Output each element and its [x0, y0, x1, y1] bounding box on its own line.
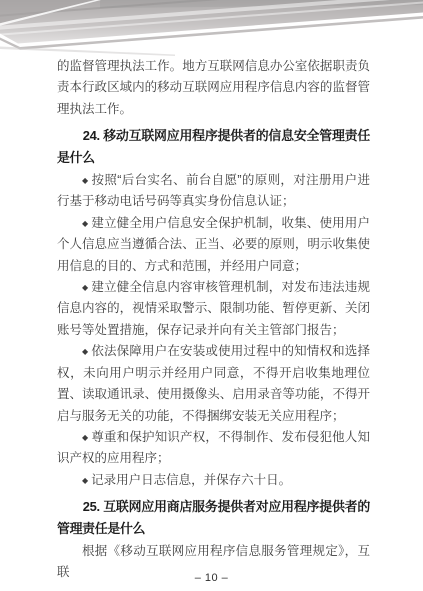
- diamond-bullet-icon: ◆: [82, 176, 89, 185]
- bullet-text: 建立健全信息内容审核管理机制，对发布违法违规信息内容的，视情采取警示、限制功能、…: [57, 280, 370, 337]
- bullet-text: 依法保障用户在安装或使用过程中的知情权和选择权，未向用户明示并经用户同意，不得开…: [57, 344, 370, 422]
- section-heading: 24. 移动互联网应用程序提供者的信息安全管理责任是什么: [57, 125, 370, 168]
- document-page: 的监督管理执法工作。地方互联网信息办公室依据职责负责本行政区域内的移动互联网应用…: [0, 0, 423, 591]
- page-number: – 10 –: [0, 572, 423, 584]
- bullet-text: 尊重和保护知识产权，不得制作、发布侵犯他人知识产权的应用程序；: [57, 430, 370, 465]
- bullet-item: ◆建立健全用户信息安全保护机制，收集、使用用户个人信息应当遵循合法、正当、必要的…: [57, 213, 370, 277]
- bullet-item: ◆依法保障用户在安装或使用过程中的知情权和选择权，未向用户明示并经用户同意，不得…: [57, 341, 370, 427]
- bullet-text: 记录用户日志信息，并保存六十日。: [91, 473, 291, 487]
- bullet-text: 按照“后台实名、前台自愿”的原则，对注册用户进行基于移动电话号码等真实身份信息认…: [57, 173, 370, 208]
- header-swoosh-graphic: [0, 0, 423, 58]
- diamond-bullet-icon: ◆: [82, 283, 88, 292]
- paragraph: 的监督管理执法工作。地方互联网信息办公室依据职责负责本行政区域内的移动互联网应用…: [57, 56, 370, 120]
- header-decoration: [0, 0, 423, 58]
- bullet-text: 建立健全用户信息安全保护机制，收集、使用用户个人信息应当遵循合法、正当、必要的原…: [57, 216, 370, 273]
- bullet-item: ◆按照“后台实名、前台自愿”的原则，对注册用户进行基于移动电话号码等真实身份信息…: [57, 170, 370, 213]
- diamond-bullet-icon: ◆: [82, 433, 88, 442]
- bullet-item: ◆建立健全信息内容审核管理机制，对发布违法违规信息内容的，视情采取警示、限制功能…: [57, 277, 370, 341]
- diamond-bullet-icon: ◆: [82, 347, 88, 356]
- section-heading: 25. 互联网应用商店服务提供者对应用程序提供者的管理责任是什么: [57, 496, 370, 539]
- diamond-bullet-icon: ◆: [82, 476, 88, 485]
- bullet-item: ◆尊重和保护知识产权，不得制作、发布侵犯他人知识产权的应用程序；: [57, 427, 370, 470]
- bullet-item: ◆记录用户日志信息，并保存六十日。: [57, 470, 370, 491]
- page-content: 的监督管理执法工作。地方互联网信息办公室依据职责负责本行政区域内的移动互联网应用…: [57, 56, 370, 584]
- diamond-bullet-icon: ◆: [82, 219, 88, 228]
